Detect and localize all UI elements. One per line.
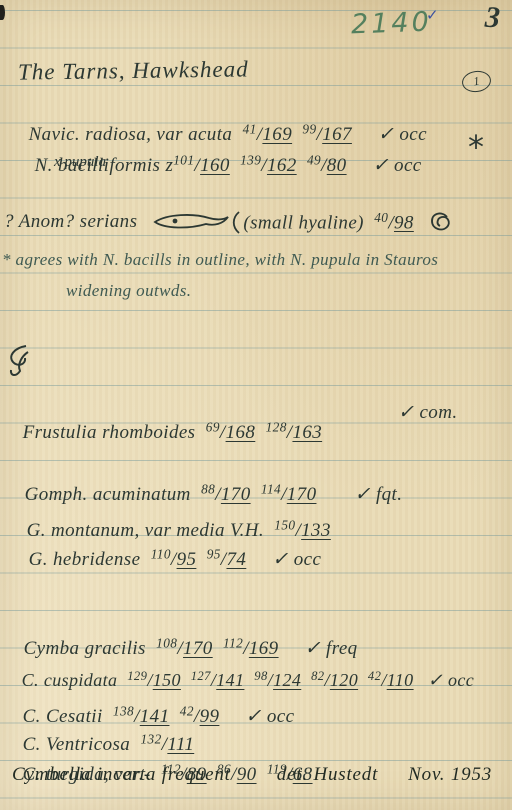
frustulia-abundance-status: ✓ com. — [398, 401, 457, 424]
margin-note-line2: widening outwds. — [66, 281, 191, 301]
entry-frustulia-rhomboides: Frustulia rhomboides 69/168 128/163 — [2, 398, 322, 466]
footer-species: Cymbella incerta frequent — [12, 764, 231, 786]
entry-note: (small hyaline) 40/98 — [243, 210, 413, 234]
catalog-tick-mark: ✓ — [426, 6, 439, 24]
page-title: The Tarns, Hawkshead — [18, 56, 249, 85]
page-number: 3 — [484, 1, 501, 36]
abundance-status: ✓ fqt. — [354, 484, 402, 505]
abundance-status: ✓ occ — [245, 706, 294, 727]
footer-date: Nov. 1953 — [408, 764, 492, 786]
circled-index-value: 1 — [472, 74, 480, 90]
entry-text: Frustulia rhomboides 69/168 128/163 — [23, 422, 323, 443]
determination-line: Cymbella incerta frequent det. Hustedt N… — [12, 764, 504, 786]
footer-determiner: det. Hustedt — [277, 764, 378, 786]
notebook-page: 2140 ✓ 3 The Tarns, Hawkshead 1 Navic. r… — [0, 0, 512, 810]
abundance-status: ✓ occ — [272, 549, 321, 570]
abundance-status: ✓ occ — [428, 670, 475, 690]
entry-text: ? Anom? serians — [4, 211, 137, 233]
margin-note-line1: * agrees with N. bacills in outline, wit… — [2, 250, 438, 270]
scan-edge-stain — [0, 5, 5, 20]
entry-gomphonema-hebridense: G. hebridense 110/95 95/74✓ occ — [8, 525, 321, 593]
catalog-number: 2140 — [350, 7, 432, 41]
circled-index: 1 — [461, 69, 493, 94]
margin-asterisk-mark: * — [468, 128, 484, 166]
entry-text: G. hebridense 110/95 95/74 — [29, 549, 247, 570]
